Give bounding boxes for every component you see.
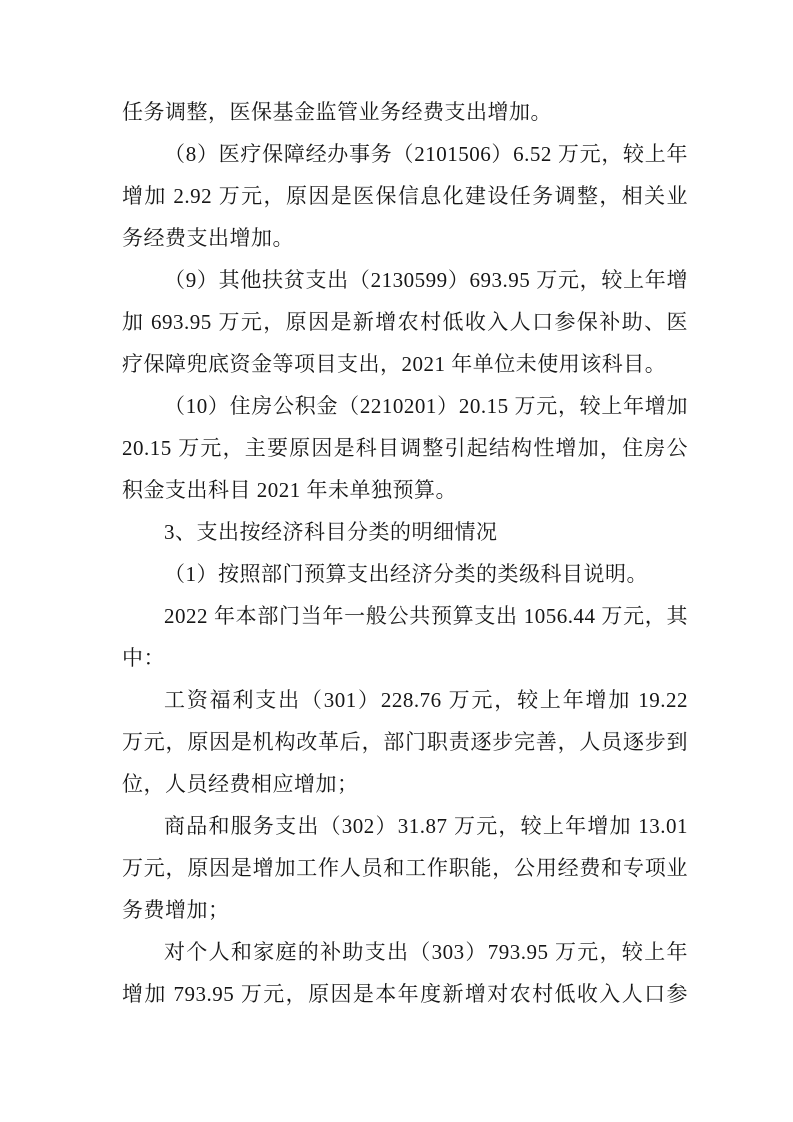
paragraph: 任务调整，医保基金监管业务经费支出增加。 — [122, 91, 688, 133]
text-line: 万元，原因是增加工作人员和工作职能，公用经费和专项业 — [122, 847, 688, 889]
document-text-block: 任务调整，医保基金监管业务经费支出增加。（8）医疗保障经办事务（2101506）… — [122, 91, 688, 1015]
text-line: 加 693.95 万元，原因是新增农村低收入人口参保补助、医 — [122, 301, 688, 343]
paragraph: 商品和服务支出（302）31.87 万元，较上年增加 13.01万元，原因是增加… — [122, 805, 688, 931]
paragraph: （8）医疗保障经办事务（2101506）6.52 万元，较上年增加 2.92 万… — [122, 133, 688, 259]
text-line: 积金支出科目 2021 年未单独预算。 — [122, 469, 688, 511]
paragraph: （1）按照部门预算支出经济分类的类级科目说明。 — [122, 553, 688, 595]
text-line: 务费增加； — [122, 889, 688, 931]
text-line: 3、支出按经济科目分类的明细情况 — [122, 511, 688, 553]
text-line: 2022 年本部门当年一般公共预算支出 1056.44 万元，其 — [122, 595, 688, 637]
document-page: 任务调整，医保基金监管业务经费支出增加。（8）医疗保障经办事务（2101506）… — [0, 0, 793, 1122]
text-line: 疗保障兜底资金等项目支出，2021 年单位未使用该科目。 — [122, 343, 688, 385]
text-line: （8）医疗保障经办事务（2101506）6.52 万元，较上年 — [122, 133, 688, 175]
paragraph: （9）其他扶贫支出（2130599）693.95 万元，较上年增加 693.95… — [122, 259, 688, 385]
text-line: （9）其他扶贫支出（2130599）693.95 万元，较上年增 — [122, 259, 688, 301]
text-line: （10）住房公积金（2210201）20.15 万元，较上年增加 — [122, 385, 688, 427]
text-line: 增加 793.95 万元，原因是本年度新增对农村低收入人口参 — [122, 973, 688, 1015]
text-line: 位，人员经费相应增加； — [122, 763, 688, 805]
paragraph: （10）住房公积金（2210201）20.15 万元，较上年增加20.15 万元… — [122, 385, 688, 511]
paragraph: 对个人和家庭的补助支出（303）793.95 万元，较上年增加 793.95 万… — [122, 931, 688, 1015]
paragraph: 2022 年本部门当年一般公共预算支出 1056.44 万元，其中： — [122, 595, 688, 679]
text-line: 20.15 万元，主要原因是科目调整引起结构性增加，住房公 — [122, 427, 688, 469]
text-line: 任务调整，医保基金监管业务经费支出增加。 — [122, 91, 688, 133]
text-line: 商品和服务支出（302）31.87 万元，较上年增加 13.01 — [122, 805, 688, 847]
paragraph: 工资福利支出（301）228.76 万元，较上年增加 19.22万元，原因是机构… — [122, 679, 688, 805]
text-line: 增加 2.92 万元，原因是医保信息化建设任务调整，相关业 — [122, 175, 688, 217]
text-line: 对个人和家庭的补助支出（303）793.95 万元，较上年 — [122, 931, 688, 973]
text-line: 务经费支出增加。 — [122, 217, 688, 259]
paragraph: 3、支出按经济科目分类的明细情况 — [122, 511, 688, 553]
text-line: （1）按照部门预算支出经济分类的类级科目说明。 — [122, 553, 688, 595]
text-line: 工资福利支出（301）228.76 万元，较上年增加 19.22 — [122, 679, 688, 721]
text-line: 万元，原因是机构改革后，部门职责逐步完善，人员逐步到 — [122, 721, 688, 763]
text-line: 中： — [122, 637, 688, 679]
